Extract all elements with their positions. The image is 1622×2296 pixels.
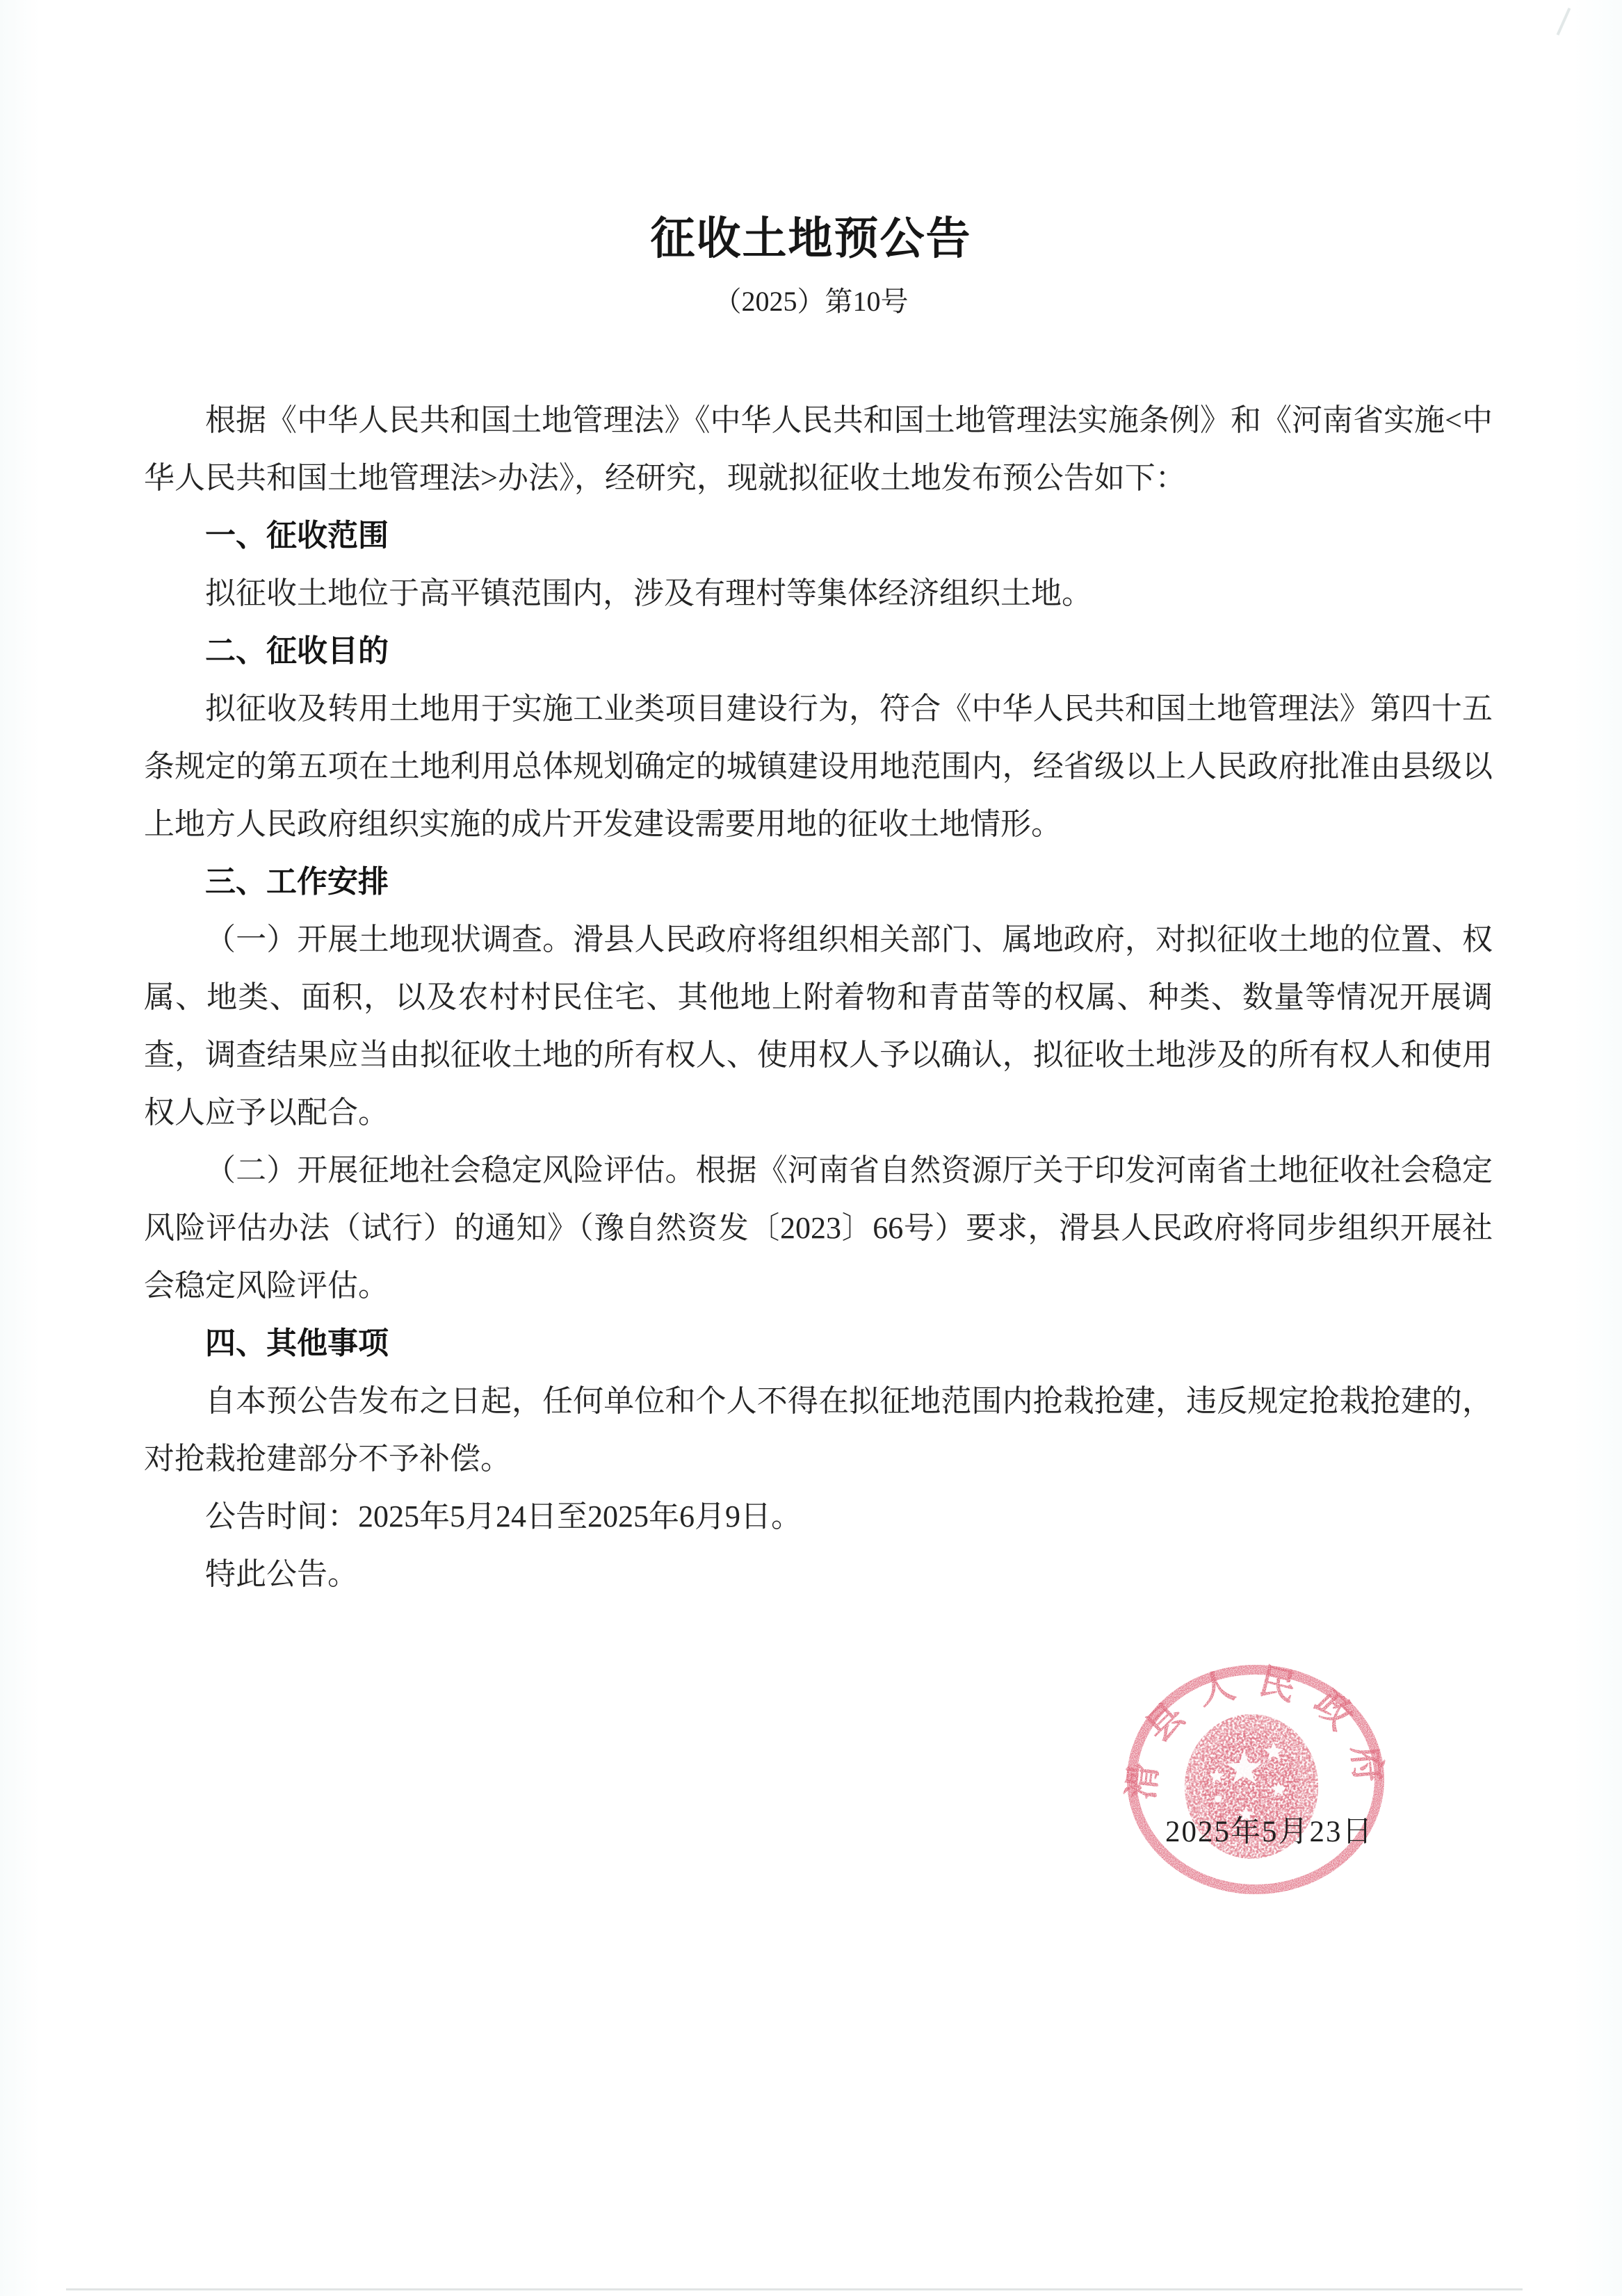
paragraph: 自本预公告发布之日起，任何单位和个人不得在拟征地范围内抢栽抢建，违反规定抢栽抢建…	[144, 1372, 1493, 1488]
scan-artifact-icon	[1557, 8, 1571, 35]
section-heading: 二、征收目的	[144, 622, 1493, 680]
paragraph: （一）开展土地现状调查。滑县人民政府将组织相关部门、属地政府，对拟征收土地的位置…	[144, 911, 1493, 1141]
document-page: 征收土地预公告 （2025）第10号 根据《中华人民共和国土地管理法》《中华人民…	[0, 0, 1622, 2296]
section-heading: 四、其他事项	[144, 1314, 1493, 1372]
paragraph: （二）开展征地社会稳定风险评估。根据《河南省自然资源厅关于印发河南省土地征收社会…	[144, 1141, 1493, 1314]
paragraph: 特此公告。	[144, 1545, 1493, 1603]
official-seal: 滑县人民政府	[1107, 1638, 1406, 1923]
document-body: 根据《中华人民共和国土地管理法》《中华人民共和国土地管理法实施条例》和《河南省实…	[144, 391, 1493, 1603]
document-title: 征收土地预公告	[0, 214, 1622, 264]
scan-edge-line	[66, 2288, 1523, 2290]
section-heading: 一、征收范围	[144, 507, 1493, 564]
paragraph: 拟征收土地位于高平镇范围内，涉及有理村等集体经济组织土地。	[144, 564, 1493, 622]
seal-date: 2025年5月23日	[1165, 1814, 1374, 1850]
paragraph: 拟征收及转用土地用于实施工业类项目建设行为，符合《中华人民共和国土地管理法》第四…	[144, 680, 1493, 853]
paragraph: 根据《中华人民共和国土地管理法》《中华人民共和国土地管理法实施条例》和《河南省实…	[144, 391, 1493, 507]
document-number: （2025）第10号	[0, 285, 1622, 318]
paragraph: 公告时间：2025年5月24日至2025年6月9日。	[144, 1488, 1493, 1545]
section-heading: 三、工作安排	[144, 853, 1493, 911]
